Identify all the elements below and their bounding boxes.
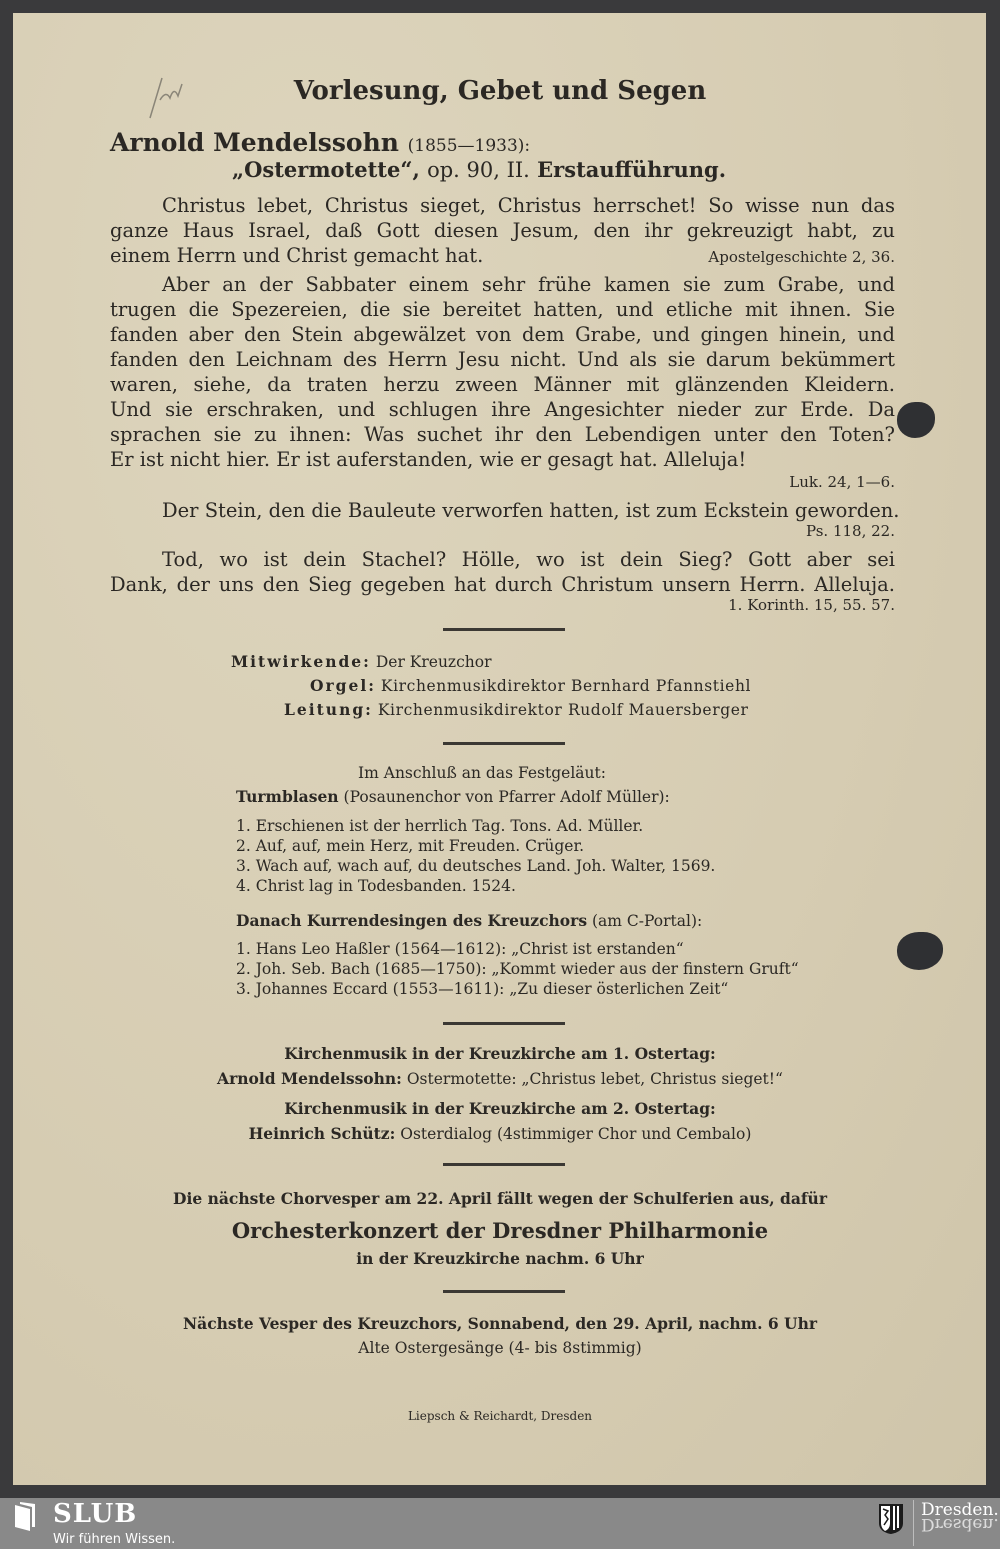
page-title: Vorlesung, Gebet und Segen	[0, 76, 1000, 106]
kurrende-heading-detail: (am C-Portal):	[592, 912, 702, 930]
text-line: sprachen sie zu ihnen: Was suchet ihr de…	[110, 422, 895, 447]
performer-value: Kirchenmusikdirektor Bernhard Pfannstieh…	[381, 677, 751, 695]
divider	[443, 742, 565, 745]
performer-label: Mitwirkende:	[231, 652, 371, 671]
list-item: 1. Hans Leo Haßler (1564—1612): „Christ …	[236, 940, 684, 958]
tower-heading: Turmblasen (Posaunenchor von Pfarrer Ado…	[236, 787, 670, 806]
work-note: Erstaufführung.	[537, 157, 726, 182]
next-vesper-program: Alte Ostergesänge (4- bis 8stimmig)	[0, 1339, 1000, 1357]
list-item: 1. Erschienen ist der herrlich Tag. Tons…	[236, 817, 643, 835]
announcement-line: in der Kreuzkirche nachm. 6 Uhr	[0, 1249, 1000, 1268]
performer-value: Kirchenmusikdirektor Rudolf Mauersberger	[378, 701, 749, 719]
dresden-logo-reflection: Dresden.	[921, 1514, 999, 1534]
footer-divider	[913, 1500, 914, 1546]
announcement-line: Die nächste Chorvesper am 22. April fäll…	[0, 1189, 1000, 1208]
performer-row: Orgel: Kirchenmusikdirektor Bernhard Pfa…	[310, 676, 751, 695]
list-item: 2. Auf, auf, mein Herz, mit Freuden. Crü…	[236, 837, 584, 855]
coat-of-arms-icon	[878, 1503, 904, 1535]
list-item: 2. Joh. Seb. Bach (1685—1750): „Kommt wi…	[236, 960, 799, 978]
printer-credit: Liepsch & Reichardt, Dresden	[0, 1409, 1000, 1423]
work-title: „Ostermotette“,	[232, 157, 420, 182]
text-line: fanden aber den Stein abgewälzet von dem…	[110, 322, 895, 347]
performer-label: Orgel:	[310, 676, 376, 695]
text-line: Dank, der uns den Sieg gegeben hat durch…	[110, 572, 895, 597]
scripture-reference: 1. Korinth. 15, 55. 57.	[728, 596, 895, 614]
scripture-reference: Ps. 118, 22.	[806, 522, 895, 540]
composer-dates: (1855—1933):	[408, 136, 531, 156]
composer-heading: Arnold Mendelssohn (1855—1933):	[110, 128, 530, 157]
divider	[443, 1163, 565, 1166]
tower-intro: Im Anschluß an das Festgeläut:	[358, 764, 606, 782]
church-music-program: Arnold Mendelssohn: Ostermotette: „Chris…	[0, 1069, 1000, 1088]
composer-name: Arnold Mendelssohn	[110, 128, 399, 157]
text-line: ganze Haus Israel, daß Gott diesen Jesum…	[110, 218, 895, 243]
list-item: 4. Christ lag in Todesbanden. 1524.	[236, 877, 516, 895]
church-music-work: Osterdialog (4stimmiger Chor und Cembalo…	[400, 1125, 751, 1143]
reading-4: Tod, wo ist dein Stachel? Hölle, wo ist …	[110, 547, 895, 597]
list-item: 3. Johannes Eccard (1553—1611): „Zu dies…	[236, 980, 728, 998]
list-item: 3. Wach auf, wach auf, du deutsches Land…	[236, 857, 715, 875]
text-line: Er ist nicht hier. Er ist auferstanden, …	[110, 447, 895, 472]
performer-label: Leitung:	[284, 700, 373, 719]
text-line: Und sie erschraken, und schlugen ihre An…	[110, 397, 895, 422]
text-line: waren, siehe, da traten herzu zween Männ…	[110, 372, 895, 397]
performer-row: Leitung: Kirchenmusikdirektor Rudolf Mau…	[284, 700, 749, 719]
text-line: Aber an der Sabbater einem sehr frühe ka…	[110, 272, 895, 297]
tower-heading-label: Turmblasen	[236, 787, 339, 806]
text-line: trugen die Spezereien, die sie bereitet …	[110, 297, 895, 322]
reading-2: Aber an der Sabbater einem sehr frühe ka…	[110, 272, 895, 472]
text-line: fanden den Leichnam des Herrn Jesu nicht…	[110, 347, 895, 372]
kurrende-heading-label: Danach Kurrendesingen des Kreuzchors	[236, 911, 587, 930]
divider	[443, 1290, 565, 1293]
church-music-composer: Heinrich Schütz:	[249, 1124, 396, 1143]
tower-heading-detail: (Posaunenchor von Pfarrer Adolf Müller):	[344, 788, 670, 806]
scripture-reference: Luk. 24, 1—6.	[789, 473, 895, 491]
church-music-heading: Kirchenmusik in der Kreuzkirche am 1. Os…	[0, 1044, 1000, 1063]
divider	[443, 628, 565, 631]
next-vesper: Nächste Vesper des Kreuzchors, Sonnabend…	[0, 1314, 1000, 1333]
church-music-composer: Arnold Mendelssohn:	[217, 1069, 402, 1088]
text-line: Tod, wo ist dein Stachel? Hölle, wo ist …	[110, 547, 895, 572]
reading-3: Der Stein, den die Bauleute verworfen ha…	[110, 498, 895, 523]
announcement-concert: Orchesterkonzert der Dresdner Philharmon…	[0, 1218, 1000, 1243]
slub-logo-text[interactable]: SLUB	[53, 1499, 137, 1529]
church-music-program: Heinrich Schütz: Osterdialog (4stimmiger…	[0, 1124, 1000, 1143]
church-music-work: Ostermotette: „Christus lebet, Christus …	[407, 1070, 783, 1088]
performer-value: Der Kreuzchor	[376, 653, 492, 671]
kurrende-heading: Danach Kurrendesingen des Kreuzchors (am…	[236, 911, 702, 930]
slub-tagline: Wir führen Wissen.	[53, 1532, 175, 1547]
text-line: Christus lebet, Christus sieget, Christu…	[110, 193, 895, 218]
performer-row: Mitwirkende: Der Kreuzchor	[231, 652, 492, 671]
work-heading: „Ostermotette“, op. 90, II. Erstaufführu…	[232, 157, 726, 182]
book-icon	[14, 1501, 40, 1531]
work-opus: op. 90, II.	[427, 158, 530, 182]
divider	[443, 1022, 565, 1025]
scripture-reference: Apostelgeschichte 2, 36.	[708, 248, 895, 266]
text-line: Der Stein, den die Bauleute verworfen ha…	[110, 498, 895, 523]
church-music-heading: Kirchenmusik in der Kreuzkirche am 2. Os…	[0, 1099, 1000, 1118]
